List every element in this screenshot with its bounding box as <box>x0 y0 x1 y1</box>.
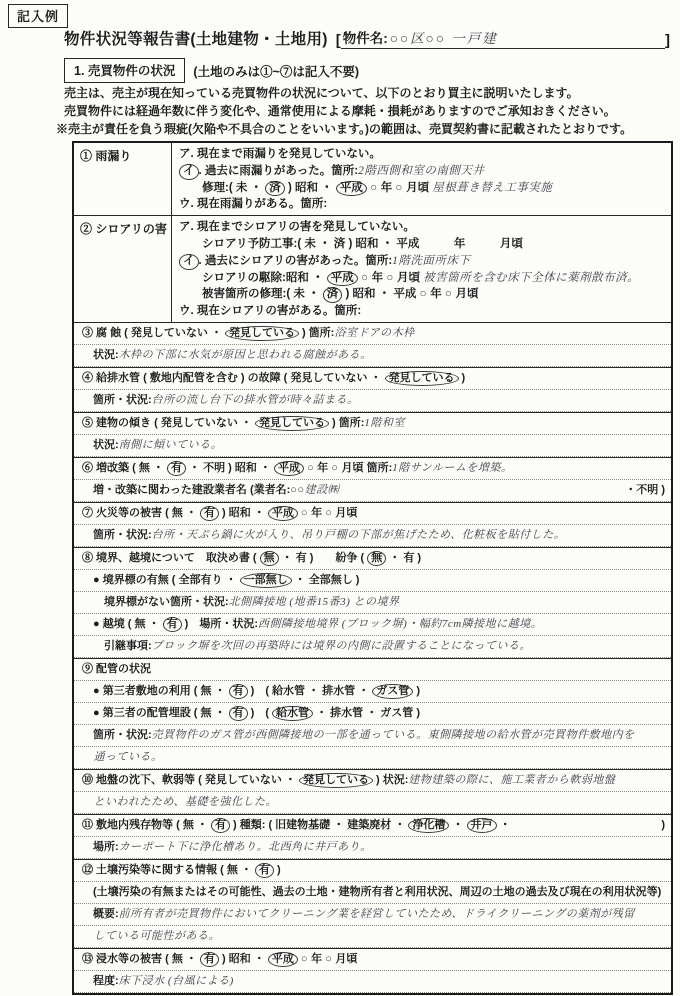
printed-text: ) 場所・状況: <box>182 618 258 630</box>
property-bracket-close: ] <box>665 32 670 49</box>
form-line: 通っている。 <box>74 747 671 769</box>
circled-option: 有 <box>163 617 182 632</box>
printed-text: ・ 不明 ) 昭和 ・ <box>186 462 274 474</box>
form-line: シロアリの駆除:昭和 ・ 平成 ○ 年 ○ 月頃 被害箇所を含む床下全体に薬剤散… <box>179 270 666 287</box>
form-line: 箇所・状況:売買物件のガス管が西側隣接地の一部を通っている。東側隣接地の給水管が… <box>74 725 671 747</box>
form-line: ⑦ 火災等の被害 ( 無 ・ 有 ) 昭和 ・ 平成 ○ 年 ○ 月頃 <box>74 503 671 525</box>
circled-option: 平成 <box>336 181 367 197</box>
form-row-5: ⑤ 建物の傾き ( 発見していない ・ 発見している ) 箇所:1階和室 状況:… <box>74 412 671 457</box>
printed-text: 年 <box>308 953 325 965</box>
form-row-9: ⑨ 配管の状況 ● 第三者敷地の利用 ( 無 ・ 有 ) ( 給水管 ・ 排水管… <box>74 658 671 769</box>
section-heading-row: 1. 売買物件の状況 (土地のみは①~⑦は記入不要) <box>64 58 359 83</box>
form-row-8: ⑧ 境界、越境について 取決め書 ( 無 ・ 有 ) 紛争 ( 無 ・ 有 ) … <box>74 547 671 658</box>
circled-option: 無 <box>260 551 279 566</box>
handwritten-entry: ブロック塀を次回の再築時には境界の内側に設置することになっている。 <box>152 640 531 652</box>
printed-text: 箇所・状況: <box>82 729 152 741</box>
printed-text: ⑤ 建物の傾き ( 発見していない ・ <box>82 417 255 429</box>
circled-option: 有 <box>200 952 219 967</box>
handwritten-entry: 通っている。 <box>82 751 163 763</box>
circled-option: 有 <box>229 684 248 699</box>
printed-text: 状況: <box>82 439 119 451</box>
form-line: 箇所・状況:台所の流し台下の排水管が時々詰まる。 <box>74 390 671 412</box>
circled-option: 発見している <box>299 773 373 788</box>
printed-text: ウ. 現在雨漏りがある。箇所: <box>179 198 327 210</box>
printed-text: ウ. 現在シロアリの害がある。箇所: <box>179 305 361 317</box>
printed-text: 年 <box>368 272 386 284</box>
form-line: ③ 腐 蝕 ( 発見していない ・ 発見している ) 箇所:浴室ドアの木枠 <box>74 323 671 345</box>
form-line: 増・改築に関わった建設業者名 (業者名:○○建設㈱・不明 ) <box>74 480 671 502</box>
printed-text: 年 <box>314 462 331 474</box>
intro-line-3: ※売主が責任を負う瑕疵(欠陥や不具合のことをいいます。)の範囲は、売買契約書に記… <box>56 120 676 138</box>
handwritten-entry: 西側隣接地境界 (ブロック塀)・幅約7cm隣接地に越境。 <box>258 618 542 630</box>
printed-text: ⑨ 配管の状況 <box>82 663 151 675</box>
form-line: ア. 現在まで雨漏りを発見していない。 <box>179 146 666 163</box>
printed-text: ) <box>459 372 466 384</box>
printed-text: ) 種類: ( 旧建物基礎 ・ 建築廃材 ・ <box>230 819 408 831</box>
printed-text: 箇所・状況: <box>82 394 152 406</box>
form-line: ア. 現在までシロアリの害を発見していない。 <box>179 219 666 236</box>
handwritten-entry: 1階和室 <box>364 417 405 429</box>
form-row-6: ⑥ 増改築 ( 無 ・ 有 ・ 不明 ) 昭和 ・ 平成 ○ 年 ○ 月頃 箇所… <box>74 457 671 502</box>
report-table: ① 雨漏りア. 現在まで雨漏りを発見していない。イ. 過去に雨漏りがあった。箇所… <box>72 141 673 995</box>
handwritten-entry: ○ <box>301 953 308 965</box>
printed-text: 月頃 <box>394 272 423 284</box>
form-line: ● 境界標の有無 ( 全部有り ・ 一部無し ・ 全部無し ) <box>74 570 671 592</box>
handwritten-entry: 売買物件のガス管が西側隣接地の一部を通っている。東側隣接地の給水管が売買物件敷地… <box>152 729 635 741</box>
printed-text: ・ <box>497 819 511 831</box>
printed-text: ・ 有 ) 紛争 ( <box>279 552 368 564</box>
form-line: といわれたため、基礎を強化した。 <box>74 792 671 814</box>
form-line: 程度:床下浸水 (台風による) <box>74 971 671 993</box>
form-line: 箇所・状況:台所・天ぷら鍋に火が入り、吊り戸棚の下部が焦げたため、化粧板を貼付し… <box>74 525 671 547</box>
printed-text: . 過去に雨漏りがあった。箇所: <box>199 165 359 177</box>
form-row-13: ⑬ 浸水等の被害 ( 無 ・ 有 ) 昭和 ・ 平成 ○ 年 ○ 月頃 程度:床… <box>74 948 671 993</box>
circled-option: 発見している <box>255 416 329 431</box>
printed-text: 状況: <box>82 349 119 361</box>
printed-text: 月頃 <box>332 953 357 965</box>
printed-text: 月頃 <box>332 507 357 519</box>
printed-text: 場所: <box>82 841 119 853</box>
circled-option: 有 <box>200 506 219 521</box>
row-body: ア. 現在までシロアリの害を発見していない。 シロアリ予防工事:( 未 ・ 済 … <box>172 216 671 322</box>
handwritten-entry: 浴室ドアの木枠 <box>334 327 414 339</box>
circled-option: 井戸 <box>467 818 497 833</box>
intro-block: 売主は、売主が現在知っている売買物件の状況について、以下のとおり買主に説明いたし… <box>64 84 676 138</box>
printed-text: ) 状況: <box>373 774 408 786</box>
form-row-12: ⑫ 土壌汚染等に関する情報 ( 無 ・ 有 ) (土壌汚染の有無またはその可能性… <box>74 859 671 948</box>
circled-option: 浄化槽 <box>408 818 449 833</box>
form-row-2: ② シロアリの害ア. 現在までシロアリの害を発見していない。 シロアリ予防工事:… <box>74 215 671 322</box>
form-line: 引継事項:ブロック塀を次回の再築時には境界の内側に設置することになっている。 <box>74 636 671 658</box>
printed-text: ・ 全部無し ) <box>292 574 360 586</box>
circled-option: 平成 <box>274 461 304 476</box>
handwritten-entry: 1階サンルームを増築。 <box>392 462 512 474</box>
circled-option: イ <box>179 164 199 180</box>
printed-text: 月頃 <box>452 288 478 300</box>
intro-line-2: 売買物件には経過年数に伴う変化や、通常使用による摩耗・損耗がありますのでご承知お… <box>64 102 676 120</box>
printed-text: ) <box>661 816 665 835</box>
printed-text: 修理:( 未 ・ <box>179 182 265 194</box>
printed-text: ) 昭和 ・ <box>285 182 336 194</box>
handwritten-entry: ○ <box>420 288 427 300</box>
printed-text: ⑬ 浸水等の被害 ( 無 ・ <box>82 953 200 965</box>
circled-option: 有 <box>211 818 230 833</box>
handwritten-entry: 前所有者が売買物件においてクリーニング業を経営していたため、ドライクリーニングの… <box>119 908 635 920</box>
property-name-field: [ 物件名: ○○区○○ 一戸建 ] <box>336 27 670 49</box>
section-heading: 1. 売買物件の状況 <box>64 58 185 83</box>
circled-option: イ <box>179 254 199 270</box>
printed-text: 月頃 <box>403 182 432 194</box>
handwritten-entry: 床下浸水 (台風による) <box>119 975 234 987</box>
printed-text: ● 第三者の配管埋設 ( 無 ・ <box>82 707 229 719</box>
printed-text: ⑦ 火災等の被害 ( 無 ・ <box>82 507 200 519</box>
printed-text: ・ 有 ) <box>386 552 421 564</box>
handwritten-entry: している可能性がある。 <box>82 930 220 942</box>
document-title: 物件状況等報告書(土地建物・土地用) <box>64 27 328 49</box>
form-line: ● 越境 ( 無 ・ 有 ) 場所・状況:西側隣接地境界 (ブロック塀)・幅約7… <box>74 614 671 636</box>
handwritten-entry: ○ <box>386 272 393 284</box>
handwritten-entry: ○ <box>370 182 377 194</box>
printed-text: ● 第三者敷地の利用 ( 無 ・ <box>82 685 229 697</box>
form-line: シロアリ予防工事:( 未 ・ 済 ) 昭和 ・ 平成 年 月頃 <box>179 236 666 253</box>
printed-text: 概要: <box>82 908 119 920</box>
printed-text: ③ 腐 蝕 ( 発見していない ・ <box>82 327 225 339</box>
handwritten-entry: ○ <box>301 507 308 519</box>
handwritten-entry: ○ <box>395 182 402 194</box>
printed-text: 引継事項: <box>82 640 152 652</box>
printed-text: ) 昭和 ・ 平成 <box>342 288 419 300</box>
form-row-11: ⑪ 敷地内残存物等 ( 無 ・ 有 ) 種類: ( 旧建物基礎 ・ 建築廃材 ・… <box>74 814 671 859</box>
circled-option: 給水管 <box>272 706 313 721</box>
circled-option: 有 <box>229 706 248 721</box>
circled-option: 発見している <box>385 371 459 386</box>
form-line: 概要:前所有者が売買物件においてクリーニング業を経営していたため、ドライクリーニ… <box>74 904 671 926</box>
printed-text: シロアリの駆除:昭和 ・ <box>179 272 327 284</box>
circled-option: 有 <box>167 461 186 476</box>
printed-text: ・ 排水管 ・ ガス管 ) <box>313 707 420 719</box>
printed-text: ) <box>274 864 281 876</box>
printed-text: ● 境界標の有無 ( 全部有り ・ <box>82 574 240 586</box>
form-row-4: ④ 給排水管 ( 敷地内配管を含む ) の故障 ( 発見していない ・ 発見して… <box>74 367 671 412</box>
printed-text: ) 箇所: <box>329 417 364 429</box>
form-line: ● 第三者の配管埋設 ( 無 ・ 有 ) ( 給水管 ・ 排水管 ・ ガス管 ) <box>74 703 671 725</box>
printed-text: ア. 現在まで雨漏りを発見していない。 <box>179 148 381 160</box>
intro-line-1: 売主は、売主が現在知っている売買物件の状況について、以下のとおり買主に説明いたし… <box>64 84 676 102</box>
form-line: 状況:木枠の下部に水気が原因と思われる腐蝕がある。 <box>74 345 671 367</box>
handwritten-entry: 北側隣接地 (地番15番3) との境界 <box>229 596 400 608</box>
row-body: ア. 現在まで雨漏りを発見していない。イ. 過去に雨漏りがあった。箇所:2階西側… <box>172 143 671 215</box>
printed-text: ● 越境 ( 無 ・ <box>82 618 163 630</box>
printed-text: 年 <box>308 507 325 519</box>
handwritten-entry: 屋根葺き替え工事実施 <box>432 182 552 194</box>
handwritten-entry: 建物建築の際に、施工業者から軟弱地盤 <box>408 774 615 786</box>
printed-text: 年 <box>378 182 396 194</box>
printed-text: 程度: <box>82 975 119 987</box>
property-underline: 物件名: ○○区○○ 一戸建 <box>341 27 665 49</box>
form-line: ⑫ 土壌汚染等に関する情報 ( 無 ・ 有 ) <box>74 860 671 882</box>
printed-text: 箇所・状況: <box>82 529 152 541</box>
form-line: ⑤ 建物の傾き ( 発見していない ・ 発見している ) 箇所:1階和室 <box>74 413 671 435</box>
circled-option: 平成 <box>268 952 298 967</box>
property-value: ○○区○○ 一戸建 <box>388 27 498 47</box>
form-line: ウ. 現在雨漏りがある。箇所: <box>179 196 666 213</box>
form-line: ⑩ 地盤の沈下、軟弱等 ( 発見していない ・ 発見している ) 状況:建物建築… <box>74 770 671 792</box>
circled-option: 平成 <box>268 506 298 521</box>
form-line: ウ. 現在シロアリの害がある。箇所: <box>179 303 666 320</box>
circled-option: 平成 <box>327 271 358 287</box>
handwritten-entry: ○○建設㈱ <box>290 484 339 496</box>
printed-text: ) 箇所: <box>299 327 334 339</box>
form-line: ⑥ 増改築 ( 無 ・ 有 ・ 不明 ) 昭和 ・ 平成 ○ 年 ○ 月頃 箇所… <box>74 458 671 480</box>
form-line: イ. 過去に雨漏りがあった。箇所:2階西側和室の南側天井 <box>179 163 666 180</box>
printed-text: . 過去にシロアリの害があった。箇所: <box>199 255 393 267</box>
circled-option: 有 <box>255 863 274 878</box>
printed-text: ⑧ 境界、越境について 取決め書 ( <box>82 552 260 564</box>
printed-text: ④ 給排水管 ( 敷地内配管を含む ) の故障 ( 発見していない ・ <box>82 372 385 384</box>
printed-text: ⑫ 土壌汚染等に関する情報 ( 無 ・ <box>82 864 255 876</box>
form-line: (土壌汚染の有無またはその可能性、過去の土地・建物所有者と利用状況、周辺の土地の… <box>74 882 671 904</box>
form-line: 被害箇所の修理:( 未 ・ 済 ) 昭和 ・ 平成 ○ 年 ○ 月頃 <box>179 286 666 303</box>
printed-text: ・ <box>449 819 466 831</box>
form-line: ● 第三者敷地の利用 ( 無 ・ 有 ) ( 給水管 ・ 排水管 ・ ガス管 ) <box>74 681 671 703</box>
handwritten-entry: 被害箇所を含む床下全体に薬剤散布済。 <box>423 272 639 284</box>
form-line: ⑬ 浸水等の被害 ( 無 ・ 有 ) 昭和 ・ 平成 ○ 年 ○ 月頃 <box>74 949 671 971</box>
form-line: ⑨ 配管の状況 <box>74 659 671 681</box>
handwritten-entry: 台所・天ぷら鍋に火が入り、吊り戸棚の下部が焦げたため、化粧板を貼付した。 <box>152 529 566 541</box>
printed-text: 境界標がない箇所・状況: <box>82 596 229 608</box>
handwritten-entry: 1階洗面所床下 <box>392 255 470 267</box>
example-label: 記入例 <box>8 4 68 28</box>
form-row-1: ① 雨漏りア. 現在まで雨漏りを発見していない。イ. 過去に雨漏りがあった。箇所… <box>74 143 671 215</box>
form-line: 場所:カーポート下に浄化槽あり。北西角に井戸あり。 <box>74 837 671 859</box>
form-row-3: ③ 腐 蝕 ( 発見していない ・ 発見している ) 箇所:浴室ドアの木枠 状況… <box>74 322 671 367</box>
form-line: している可能性がある。 <box>74 926 671 948</box>
printed-text: ) 昭和 ・ <box>219 507 268 519</box>
handwritten-entry: カーポート下に浄化槽あり。北西角に井戸あり。 <box>119 841 372 853</box>
handwritten-entry: といわれたため、基礎を強化した。 <box>82 796 277 808</box>
form-line: 状況:南側に傾いている。 <box>74 435 671 457</box>
form-line: ⑪ 敷地内残存物等 ( 無 ・ 有 ) 種類: ( 旧建物基礎 ・ 建築廃材 ・… <box>74 815 671 837</box>
printed-text: 月頃 箇所: <box>338 462 392 474</box>
row-label: ② シロアリの害 <box>74 216 172 322</box>
printed-text: ) 昭和 ・ <box>219 953 268 965</box>
printed-text: ア. 現在までシロアリの害を発見していない。 <box>179 221 415 233</box>
printed-text: ) ( <box>248 707 272 719</box>
handwritten-entry: 台所の流し台下の排水管が時々詰まる。 <box>152 394 359 406</box>
form-line: ⑧ 境界、越境について 取決め書 ( 無 ・ 有 ) 紛争 ( 無 ・ 有 ) <box>74 548 671 570</box>
title-row: 物件状況等報告書(土地建物・土地用) [ 物件名: ○○区○○ 一戸建 ] <box>64 27 670 49</box>
circled-option: ガス管 <box>372 684 413 699</box>
form-row-10: ⑩ 地盤の沈下、軟弱等 ( 発見していない ・ 発見している ) 状況:建物建築… <box>74 769 671 814</box>
printed-text: 被害箇所の修理:( 未 ・ <box>179 288 323 300</box>
form-line: 修理:( 未 ・ 済 ) 昭和 ・ 平成 ○ 年 ○ 月頃 屋根葺き替え工事実施 <box>179 180 666 197</box>
printed-text: ) <box>413 685 420 697</box>
form-row-7: ⑦ 火災等の被害 ( 無 ・ 有 ) 昭和 ・ 平成 ○ 年 ○ 月頃 箇所・状… <box>74 502 671 547</box>
circled-option: 発見している <box>225 326 299 341</box>
printed-text: 年 <box>427 288 445 300</box>
printed-text: ) ( 給水管 ・ 排水管 ・ <box>248 685 373 697</box>
circled-option: 済 <box>323 287 343 303</box>
form-line: イ. 過去にシロアリの害があった。箇所:1階洗面所床下 <box>179 253 666 270</box>
circled-option: 一部無し <box>240 573 292 588</box>
printed-text: (土壌汚染の有無またはその可能性、過去の土地・建物所有者と利用状況、周辺の土地の… <box>82 886 661 898</box>
section-heading-note: (土地のみは①~⑦は記入不要) <box>193 62 359 80</box>
circled-option: 無 <box>367 551 386 566</box>
printed-text: 増・改築に関わった建設業者名 (業者名: <box>82 484 290 496</box>
document-page: 記入例 物件状況等報告書(土地建物・土地用) [ 物件名: ○○区○○ 一戸建 … <box>0 0 680 996</box>
printed-text: シロアリ予防工事:( 未 ・ 済 ) 昭和 ・ 平成 年 月頃 <box>179 238 523 250</box>
form-line: 境界標がない箇所・状況:北側隣接地 (地番15番3) との境界 <box>74 592 671 614</box>
printed-text: ⑩ 地盤の沈下、軟弱等 ( 発見していない ・ <box>82 774 299 786</box>
row-label: ① 雨漏り <box>74 143 172 215</box>
handwritten-entry: 南側に傾いている。 <box>119 439 223 451</box>
handwritten-entry: 2階西側和室の南側天井 <box>358 165 484 177</box>
form-line: ④ 給排水管 ( 敷地内配管を含む ) の故障 ( 発見していない ・ 発見して… <box>74 368 671 390</box>
printed-text: ⑪ 敷地内残存物等 ( 無 ・ <box>82 819 211 831</box>
printed-text: ・不明 ) <box>625 481 665 500</box>
property-label: 物件名: <box>343 27 388 47</box>
handwritten-entry: 木枠の下部に水気が原因と思われる腐蝕がある。 <box>119 349 372 361</box>
circled-option: 済 <box>265 181 285 197</box>
printed-text: ⑥ 増改築 ( 無 ・ <box>82 462 167 474</box>
